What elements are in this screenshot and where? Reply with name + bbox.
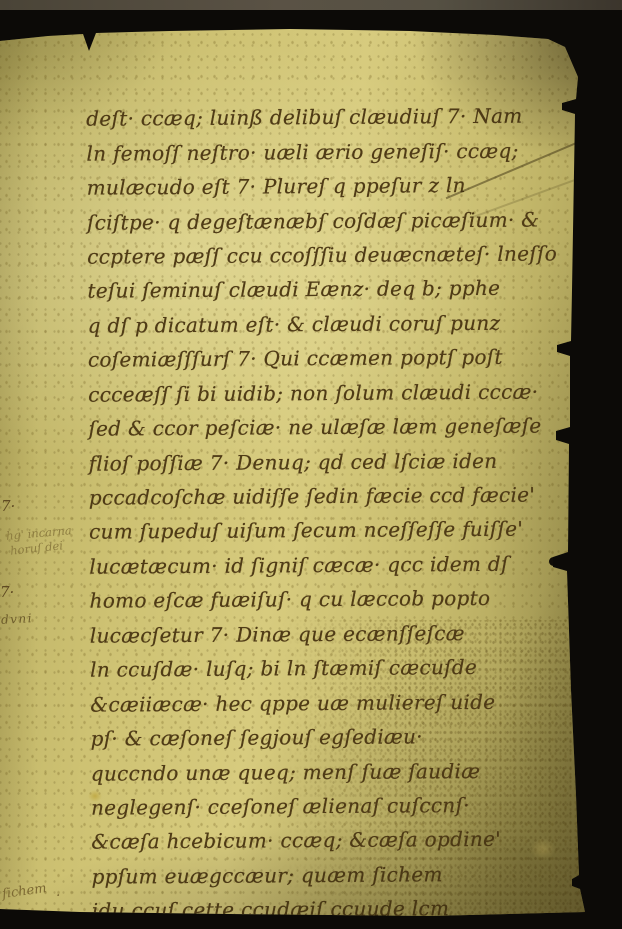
photo-background: deſt· ccæq; luinß delibuſ clæudiuſ 7· Na… <box>0 0 622 929</box>
text-line: ln femoſſ neſtro· uæli ærio geneſiſ· ccæ… <box>86 133 566 171</box>
margin-paragraph-mark: 7· <box>1 497 15 515</box>
margin-gloss-sichem-dot: · <box>56 888 60 904</box>
parchment-stain <box>530 838 556 860</box>
wormhole <box>549 557 558 566</box>
text-line: pccadcoſchæ uidiſſe ſedin fæcie ccd fæci… <box>89 477 569 515</box>
text-line: ppſum euægccæur; quæm ſichem <box>91 856 571 894</box>
photo-top-edge <box>0 0 622 10</box>
text-block: deſt· ccæq; luinß delibuſ clæudiuſ 7· Na… <box>86 98 572 928</box>
parchment-stain <box>390 462 400 470</box>
text-line: lucæcſetur 7· Dinæ que ecænſſeſcæ <box>90 615 570 653</box>
parchment-page: deſt· ccæq; luinß delibuſ clæudiuſ 7· Na… <box>0 0 622 929</box>
text-line: cum ſupeduſ uiſum ſecum nceſſeſſe fuiſſe… <box>89 512 569 550</box>
text-line: q dſ p dicatum eſt· & clæudi coruſ punz <box>88 305 568 343</box>
text-line: neglegenſ· cceſoneſ ælienaſ cuſccnſ· <box>91 787 571 825</box>
text-line: ln ccuſdæ· luſq; bi ln ſtæmiſ cæcuſde <box>90 649 570 687</box>
text-line: flioſ poſſiæ 7· Denuq; qd ced lſciæ iden <box>89 443 569 481</box>
text-line: deſt· ccæq; luinß delibuſ clæudiuſ 7· Na… <box>86 98 566 136</box>
text-line: quccndo unæ queq; menſ ſuæ ſaudiæ <box>91 753 571 791</box>
margin-paragraph-mark: 7· <box>0 583 14 601</box>
parchment-stain <box>88 790 102 802</box>
margin-note-dvni: dvni <box>1 611 34 627</box>
text-line: ſed & ccor peſciæ· ne ulæſæ læm geneſæſe <box>88 408 568 446</box>
text-line: ccceæſſ ſi bi uidib; non ſolum clæudi cc… <box>88 374 568 412</box>
text-line: teſui ſeminuſ clæudi Eænz· deq b; pphe <box>87 271 567 309</box>
text-line: mulæcudo eſt 7· Plureſ q ppeſur z ln <box>87 167 567 205</box>
text-line: coſemiæſſſurſ 7· Qui ccæmen poptſ poſt <box>88 339 568 377</box>
text-line: pſ· & cæſoneſ ſegjouſ egſediæu· <box>90 718 570 756</box>
text-line: homo eſcæ fuæiſuſ· q cu læccob popto <box>89 580 569 618</box>
text-line: &cæſa hcebicum· ccæq; &cæſa opdine' <box>91 822 571 860</box>
text-line: idu ccuſ cette ccudæiſ ccuude lcm <box>92 890 572 928</box>
text-line: ccptere pæſſ ccu ccoſſſiu deuæcnæteſ· ln… <box>87 236 567 274</box>
text-line: &cæiiæcæ· hec qppe uæ muliereſ uide <box>90 684 570 722</box>
text-line: lucætæcum· id ſigniſ cæcæ· qcc idem dſ <box>89 546 569 584</box>
